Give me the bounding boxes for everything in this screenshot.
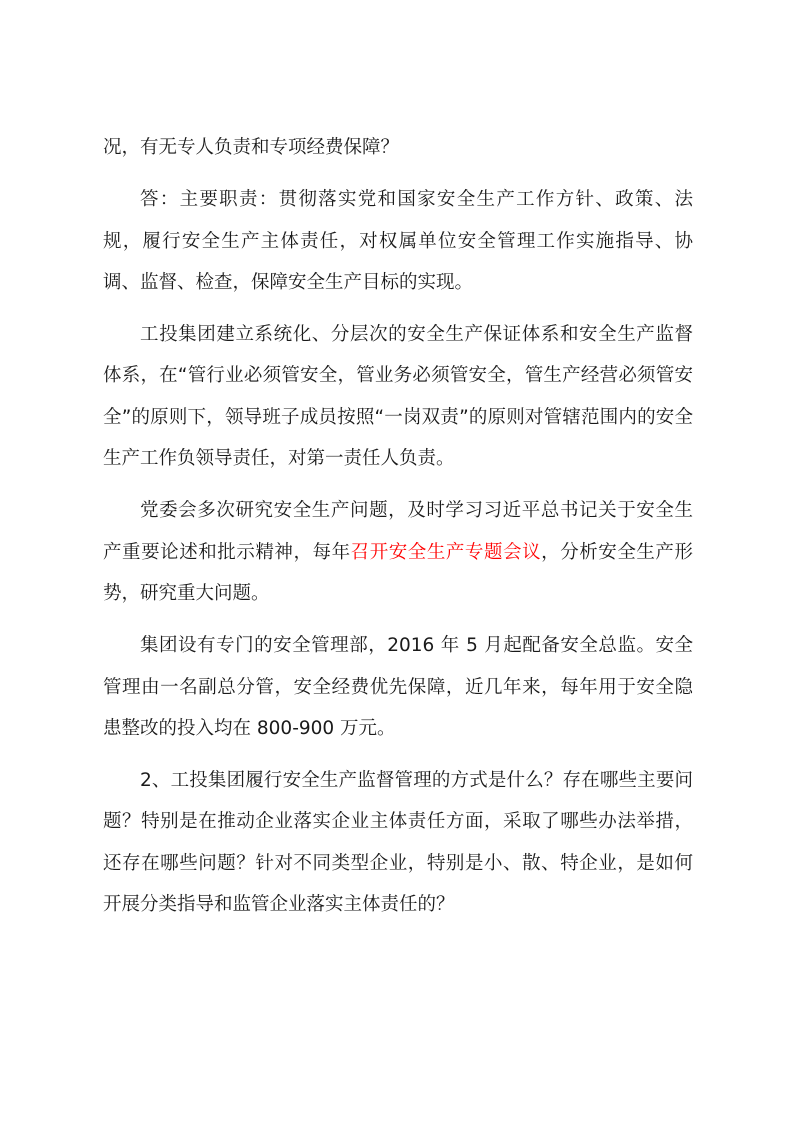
- text-segment: 况，有无专人负责和专项经费保障？: [103, 137, 399, 158]
- paragraph-question-continuation: 况，有无专人负责和专项经费保障？: [103, 127, 693, 168]
- text-segment: 2、工投集团履行安全生产监督管理的方式是什么？存在哪些主要问题？特别是在推动企业…: [103, 770, 693, 915]
- paragraph-safety-system: 工投集团建立系统化、分层次的安全生产保证体系和安全生产监督体系，在“管行业必须管…: [103, 314, 693, 479]
- paragraph-question-2: 2、工投集团履行安全生产监督管理的方式是什么？存在哪些主要问题？特别是在推动企业…: [103, 760, 693, 925]
- text-segment: 集团设有专门的安全管理部，2016 年 5 月起配备安全总监。安全管理由一名副总…: [103, 635, 693, 739]
- highlighted-text: 召开安全生产专题会议: [351, 542, 542, 563]
- document-page: 况，有无专人负责和专项经费保障？ 答：主要职责：贯彻落实党和国家安全生产工作方针…: [103, 127, 693, 936]
- paragraph-safety-department: 集团设有专门的安全管理部，2016 年 5 月起配备安全总监。安全管理由一名副总…: [103, 625, 693, 749]
- text-segment: 答：主要职责：贯彻落实党和国家安全生产工作方针、政策、法规，履行安全生产主体责任…: [103, 189, 693, 293]
- text-segment: 工投集团建立系统化、分层次的安全生产保证体系和安全生产监督体系，在“管行业必须管…: [103, 324, 693, 469]
- paragraph-answer-duties: 答：主要职责：贯彻落实党和国家安全生产工作方针、政策、法规，履行安全生产主体责任…: [103, 179, 693, 303]
- paragraph-party-committee: 党委会多次研究安全生产问题，及时学习习近平总书记关于安全生产重要论述和批示精神，…: [103, 490, 693, 614]
